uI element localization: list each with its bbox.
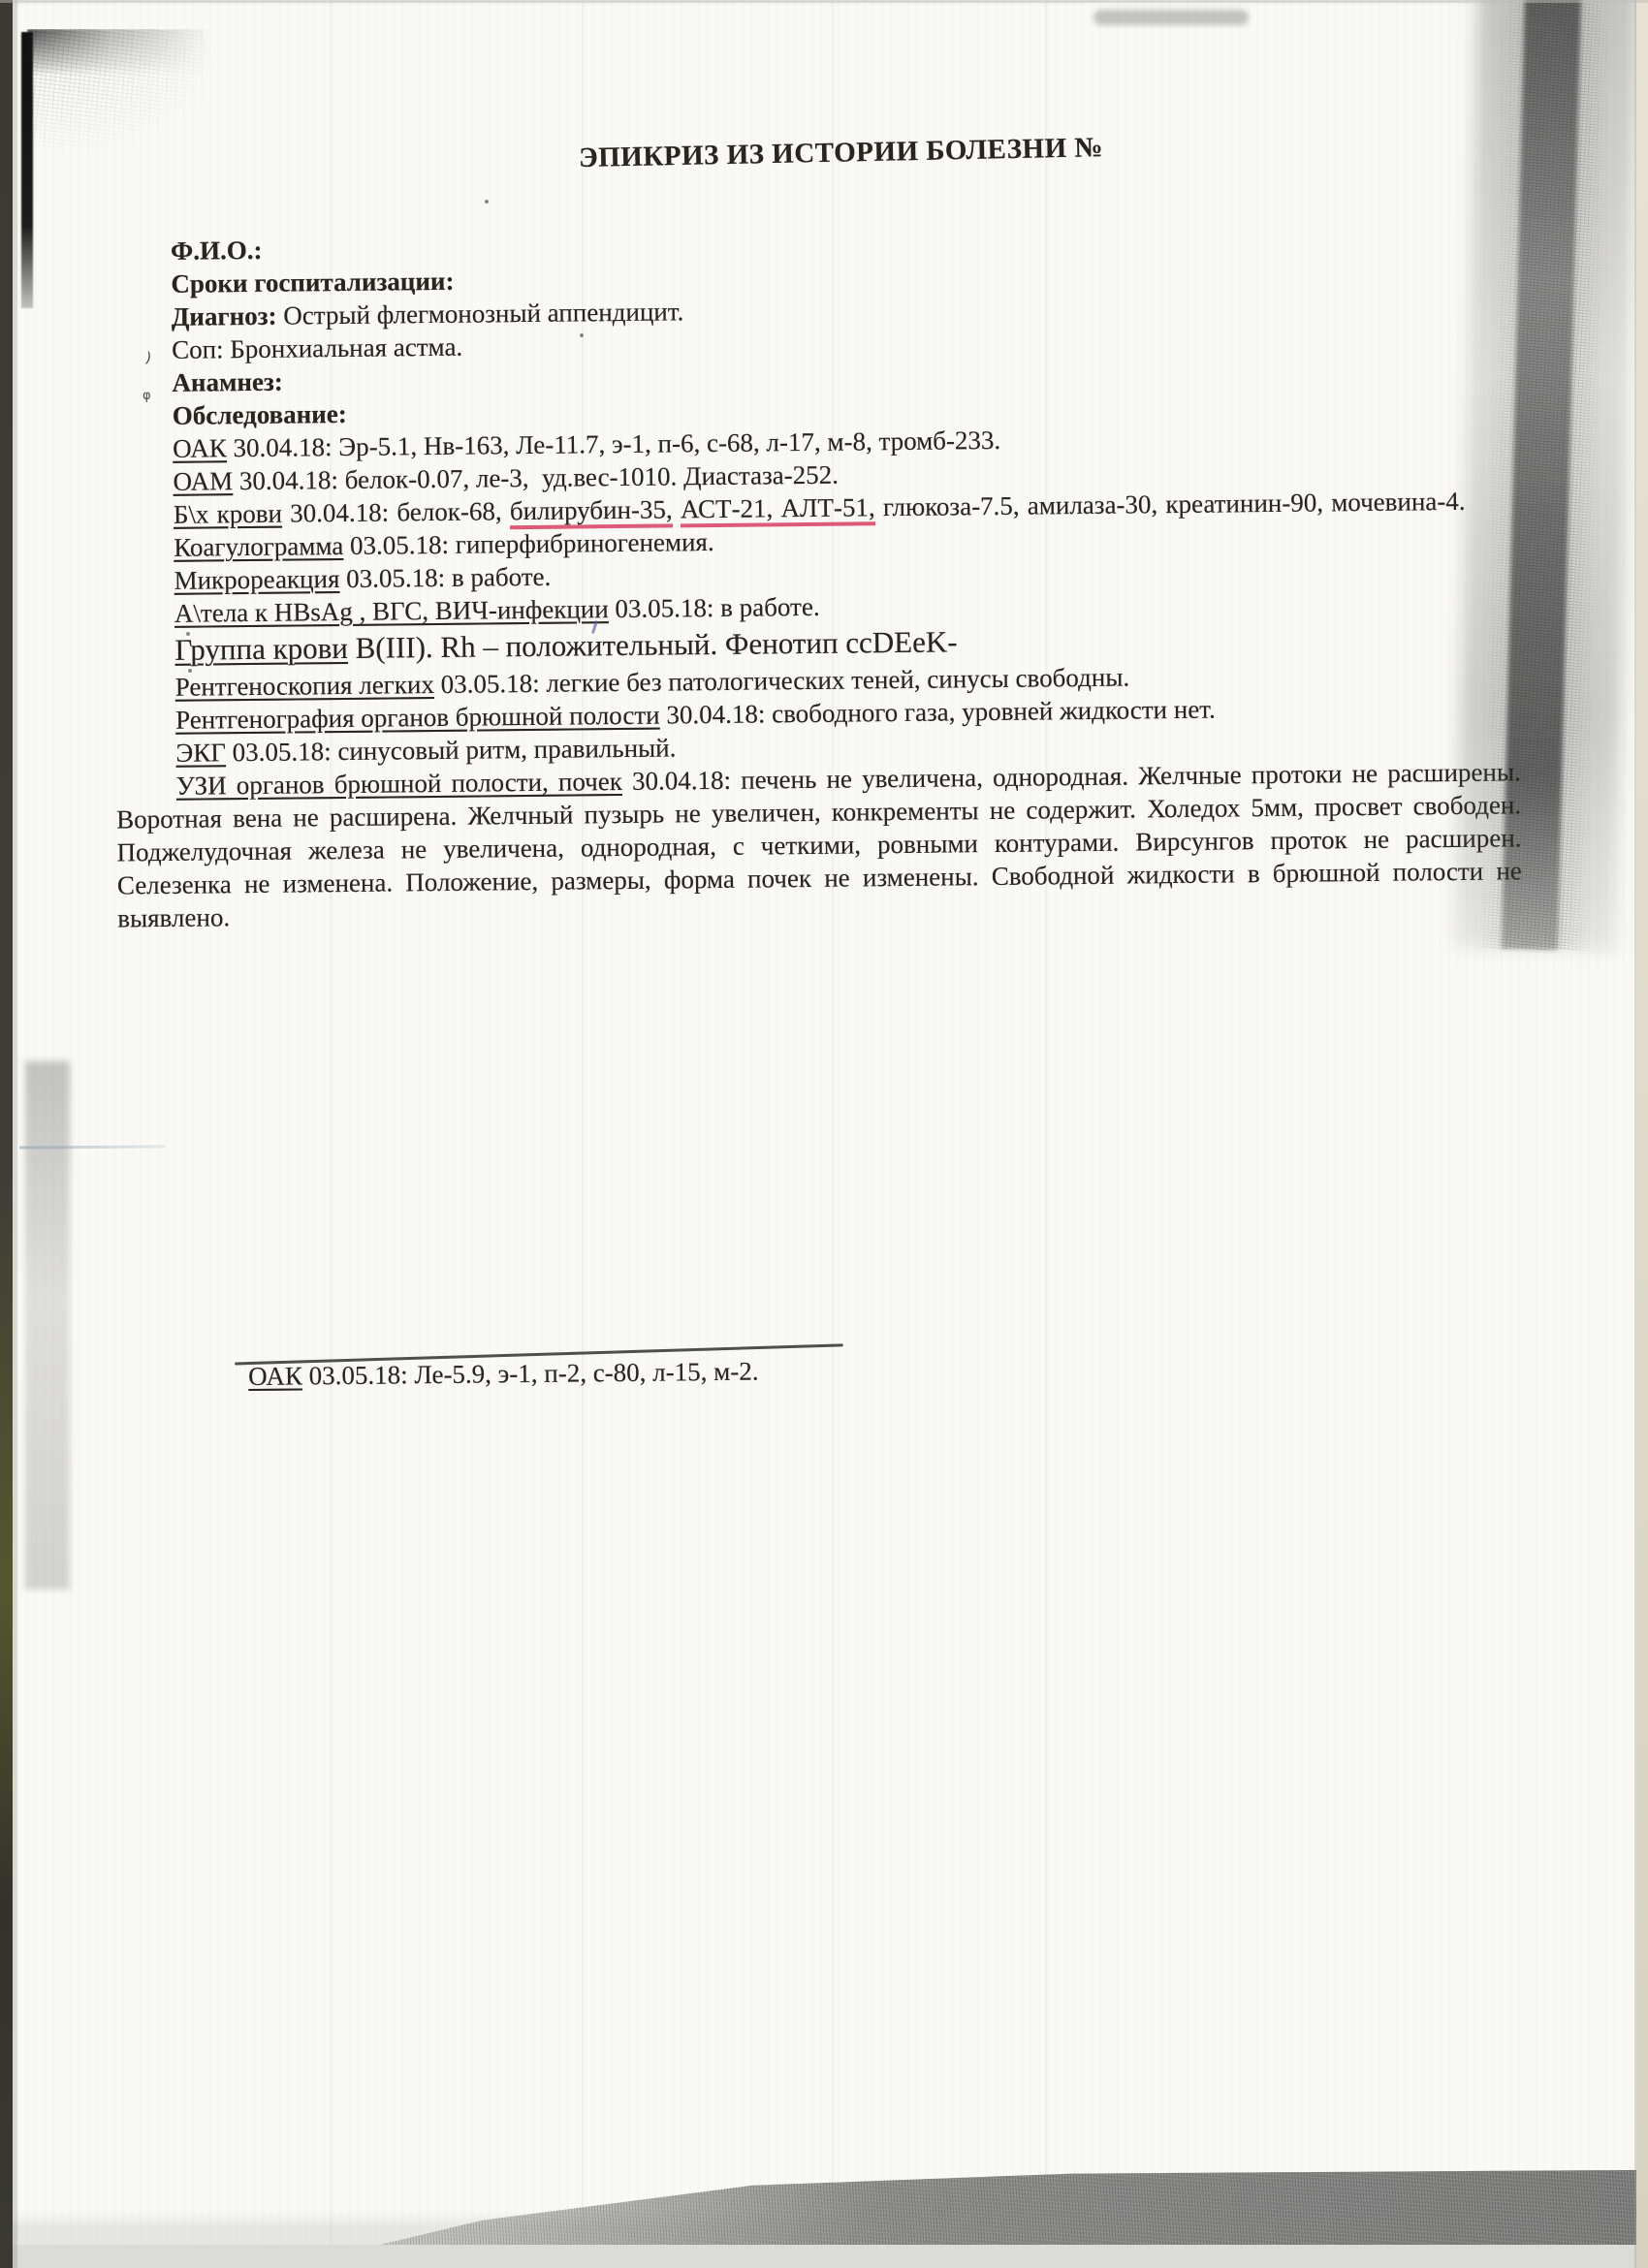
document-text-block: ЭПИКРИЗ ИЗ ИСТОРИИ БОЛЕЗНИ № Ф.И.О.:Срок…: [0, 0, 1648, 1396]
text-segment: 03.05.18: в работе.: [339, 562, 551, 593]
text-segment: Острый флегмонозный аппендицит.: [276, 297, 683, 330]
document-title: ЭПИКРИЗ ИЗ ИСТОРИИ БОЛЕЗНИ №: [168, 123, 1514, 183]
text-segment: 30.04.18: свободного газа, уровней жидко…: [659, 695, 1215, 730]
text-segment: 03.05.18: Ле-5.9, э-1, п-2, с-80, л-15, …: [302, 1357, 759, 1391]
text-segment: В(III). Rh – положительный. Фенотип ccDE…: [348, 624, 958, 665]
underlined-term: Коагулограмма: [174, 531, 343, 562]
underlined-term: А\тела к HBsAg , ВГС, ВИЧ-инфекции: [174, 594, 609, 628]
document-line: ОАК 03.05.18: Ле-5.9, э-1, п-2, с-80, л-…: [122, 1346, 1527, 1394]
underlined-term: Микрореакция: [174, 564, 339, 595]
scan-bottom-wash-artifact: [0, 2220, 872, 2258]
text-segment: Анамнез:: [172, 367, 283, 397]
text-segment: 30.04.18: Эр-5.1, Нв-163, Ле-11.7, э-1, …: [227, 425, 1001, 462]
document-lines: Ф.И.О.:Сроки госпитализации:Диагноз: Ост…: [111, 220, 1527, 1394]
underlined-term: Группа крови: [174, 631, 348, 667]
scan-bottom-strip: [0, 2245, 1648, 2268]
text-segment: 03.05.18: легкие без патологических тене…: [434, 663, 1130, 700]
pink-marked-value: билирубин-35,: [510, 494, 673, 529]
text-segment: 30.04.18: белок-68,: [282, 496, 510, 527]
text-segment: 03.05.18: синусовый ритм, правильный.: [226, 733, 677, 767]
text-segment: 30.04.18: белок-0.07, ле-3, уд.вес-1010.…: [233, 460, 839, 496]
underlined-term: ЭКГ: [175, 738, 226, 768]
underlined-term: Б\х крови: [174, 499, 282, 529]
scan-bottom-shadow-grain: [368, 2167, 1648, 2258]
pink-marked-value: АСТ-21, АЛТ-51,: [681, 492, 875, 527]
text-segment: Обследование:: [173, 399, 347, 430]
underlined-term: Рентгеноскопия легких: [175, 670, 434, 702]
underlined-term: ОАМ: [173, 466, 233, 496]
underlined-term: ОАК: [248, 1361, 302, 1391]
text-segment: Сроки госпитализации:: [171, 267, 454, 299]
text-segment: Диагноз:: [172, 301, 277, 331]
underlined-term: Рентгенография органов брюшной полости: [175, 701, 660, 735]
scan-bottom-shadow-band: [368, 2167, 1648, 2258]
text-segment: Соп: Бронхиальная астма.: [172, 332, 462, 364]
document-line: УЗИ органов брюшной полости, почек 30.04…: [116, 755, 1523, 934]
text-segment: глюкоза-7.5, амилаза-30, креатинин-90, м…: [874, 487, 1465, 521]
text-segment: Ф.И.О.:: [171, 236, 263, 266]
underlined-term: УЗИ органов брюшной полости, почек: [176, 767, 622, 801]
text-segment: 03.05.18: в работе.: [609, 592, 820, 623]
underlined-term: ОАК: [173, 433, 227, 463]
text-segment: 03.05.18: гиперфибриногенемия.: [343, 527, 714, 560]
scanned-document-page: ЭПИКРИЗ ИЗ ИСТОРИИ БОЛЕЗНИ № Ф.И.О.:Срок…: [0, 0, 1648, 2268]
